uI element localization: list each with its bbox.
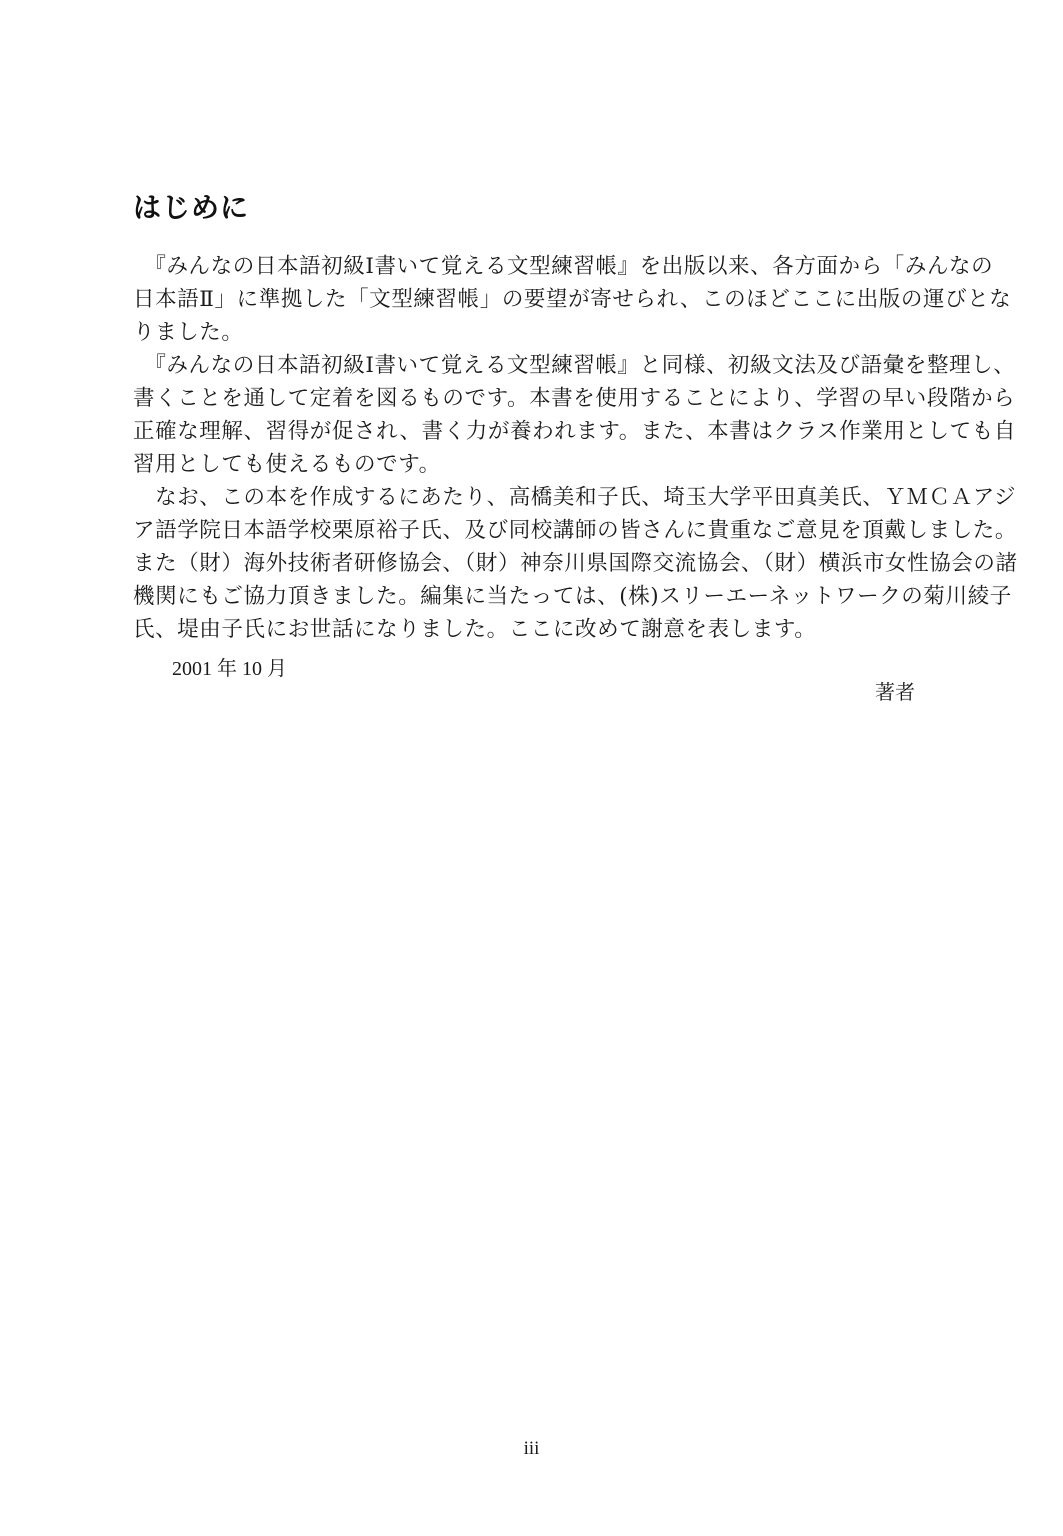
preface-body: 『みんなの日本語初級Ⅰ書いて覚える文型練習帳』を出版以来、各方面から「みんなの … [133,250,963,646]
text-line: ア語学院日本語学校栗原裕子氏、及び同校講師の皆さんに貴重なご意見を頂戴しました。 [133,514,963,547]
text-line: 日本語Ⅱ」に準拠した「文型練習帳」の要望が寄せられ、このほどここに出版の運びとな [133,283,963,316]
page-number: iii [0,1436,1063,1462]
paragraph-2: 『みんなの日本語初級Ⅰ書いて覚える文型練習帳』と同様、初級文法及び語彙を整理し、… [133,349,963,481]
publication-date: 2001 年 10 月 [172,655,287,683]
page-heading: はじめに [133,188,249,228]
text-line: 氏、堤由子氏にお世話になりました。ここに改めて謝意を表します。 [133,613,963,646]
text-line: 書くことを通して定着を図るものです。本書を使用することにより、学習の早い段階から [133,382,963,415]
paragraph-3: なお、この本を作成するにあたり、高橋美和子氏、埼玉大学平田真美氏、ＹＭＣＡアジ … [133,481,963,646]
text-line: なお、この本を作成するにあたり、高橋美和子氏、埼玉大学平田真美氏、ＹＭＣＡアジ [133,481,963,514]
text-line: 機関にもご協力頂きました。編集に当たっては、(株)スリーエーネットワークの菊川綾… [133,580,963,613]
paragraph-1: 『みんなの日本語初級Ⅰ書いて覚える文型練習帳』を出版以来、各方面から「みんなの … [133,250,963,349]
document-page: はじめに 『みんなの日本語初級Ⅰ書いて覚える文型練習帳』を出版以来、各方面から「… [0,0,1063,1536]
author-signature: 著者 [875,678,915,706]
text-line: 『みんなの日本語初級Ⅰ書いて覚える文型練習帳』と同様、初級文法及び語彙を整理し、 [133,349,963,382]
text-line: また（財）海外技術者研修協会、（財）神奈川県国際交流協会、（財）横浜市女性協会の… [133,547,963,580]
text-line: りました。 [133,316,963,349]
text-line: 習用としても使えるものです。 [133,448,963,481]
text-line: 正確な理解、習得が促され、書く力が養われます。また、本書はクラス作業用としても自 [133,415,963,448]
text-line: 『みんなの日本語初級Ⅰ書いて覚える文型練習帳』を出版以来、各方面から「みんなの [133,250,963,283]
